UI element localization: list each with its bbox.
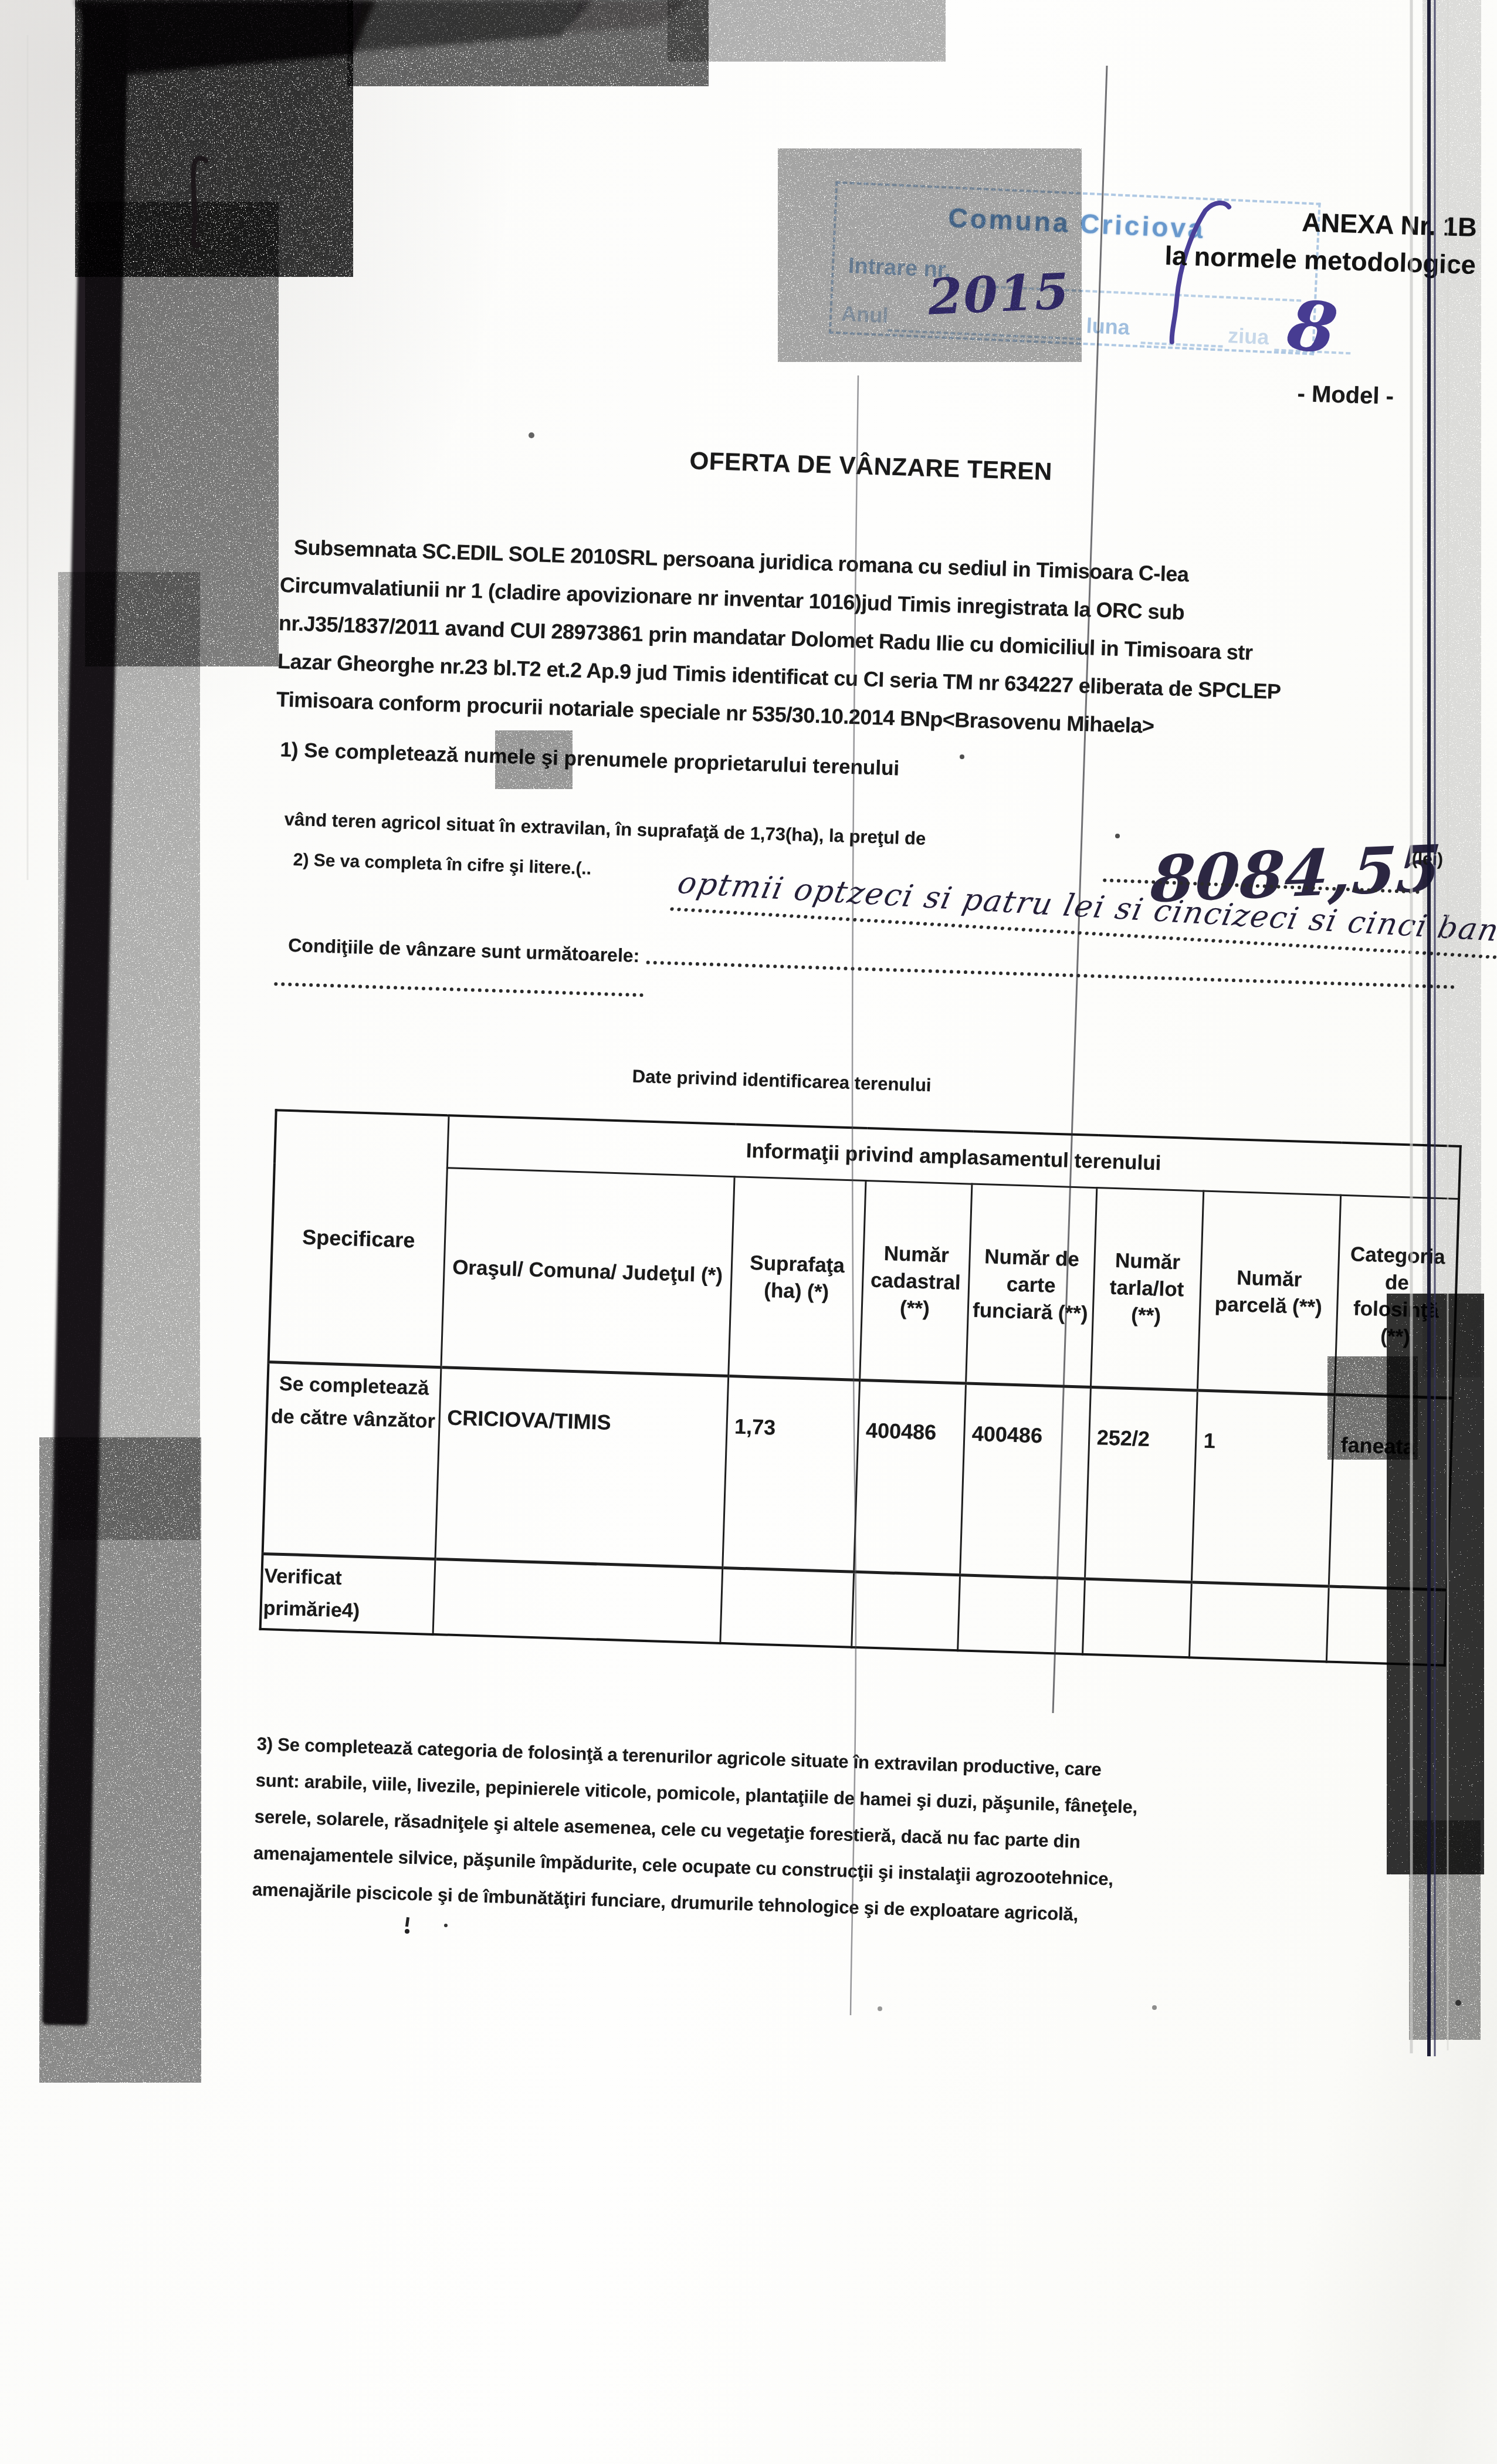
footnote-1: 1) Se completează numele şi prenumele pr… [280,738,900,780]
table-cell: 1,73 [722,1376,859,1572]
annex-header: ANEXA Nr. 1B la normele metodologice [1088,197,1478,284]
empty-cell [433,1559,723,1643]
empty-cell [957,1575,1085,1654]
column-header-specificare: Specificare [269,1110,449,1367]
column-header: Număr cadastral (**) [859,1181,971,1383]
column-header: Număr tarla/lot (**) [1090,1188,1203,1390]
intro-paragraph: Subsemnata SC.EDIL SOLE 2010SRL persoana… [276,527,1285,749]
currency-label: (lei) [1411,849,1443,870]
table-caption: Date privind identificarea terenului [576,1064,987,1098]
document-page: Comuna Criciova Intrare nr. Anul luna zi… [191,163,1497,2008]
table-cell: 1 [1191,1390,1335,1586]
land-table-wrapper: Specificare Informaţii privind amplasame… [259,1109,1462,1666]
page-title: OFERTA DE VÂNZARE TEREN [689,446,1053,486]
empty-cell [1189,1582,1329,1662]
empty-cell [1082,1579,1191,1657]
empty-cell [851,1572,960,1650]
conditions-dotted-line [646,945,1455,989]
sale-statement: vând teren agricol situat în extravilan,… [284,809,926,849]
table-cell: 400486 [854,1380,966,1575]
row-label: Verificat primărie4) [260,1553,435,1634]
table-cell: CRICIOVA/TIMIS [435,1368,728,1568]
footnote-3-paragraph: 3) Se completează categoria de folosinţă… [252,1726,1139,1935]
stamp-year-label: Anul [841,302,889,329]
column-header: Oraşul/ Comuna/ Judeţul (*) [441,1168,734,1376]
conditions-label: Condiţiile de vânzare sunt următoarele: [288,935,640,967]
column-header: Număr de carte funciară (**) [966,1184,1096,1387]
land-table: Specificare Informaţii privind amplasame… [259,1109,1462,1666]
handwritten-day: 8 [1282,283,1342,371]
column-header: Suprafaţa (ha) (*) [728,1177,865,1380]
column-header: Număr parcelă (**) [1197,1191,1340,1395]
table-cell: 400486 [960,1383,1090,1579]
stamp-blank-line [888,329,1081,340]
footnote-2: 2) Se va completa în cifre şi litere.(.. [293,850,591,879]
model-label: - Model - [1257,380,1434,411]
table-cell: 252/2 [1085,1387,1197,1582]
handwritten-year: 2015 [927,262,1071,326]
table-cell: faneata [1329,1395,1453,1590]
row-label: Se completează de către vânzător [263,1362,441,1559]
conditions-dotted-line-2 [274,982,643,997]
empty-cell [720,1568,854,1647]
column-header: Categoria de folosinţă (**) [1335,1195,1459,1398]
empty-cell [1326,1586,1447,1666]
